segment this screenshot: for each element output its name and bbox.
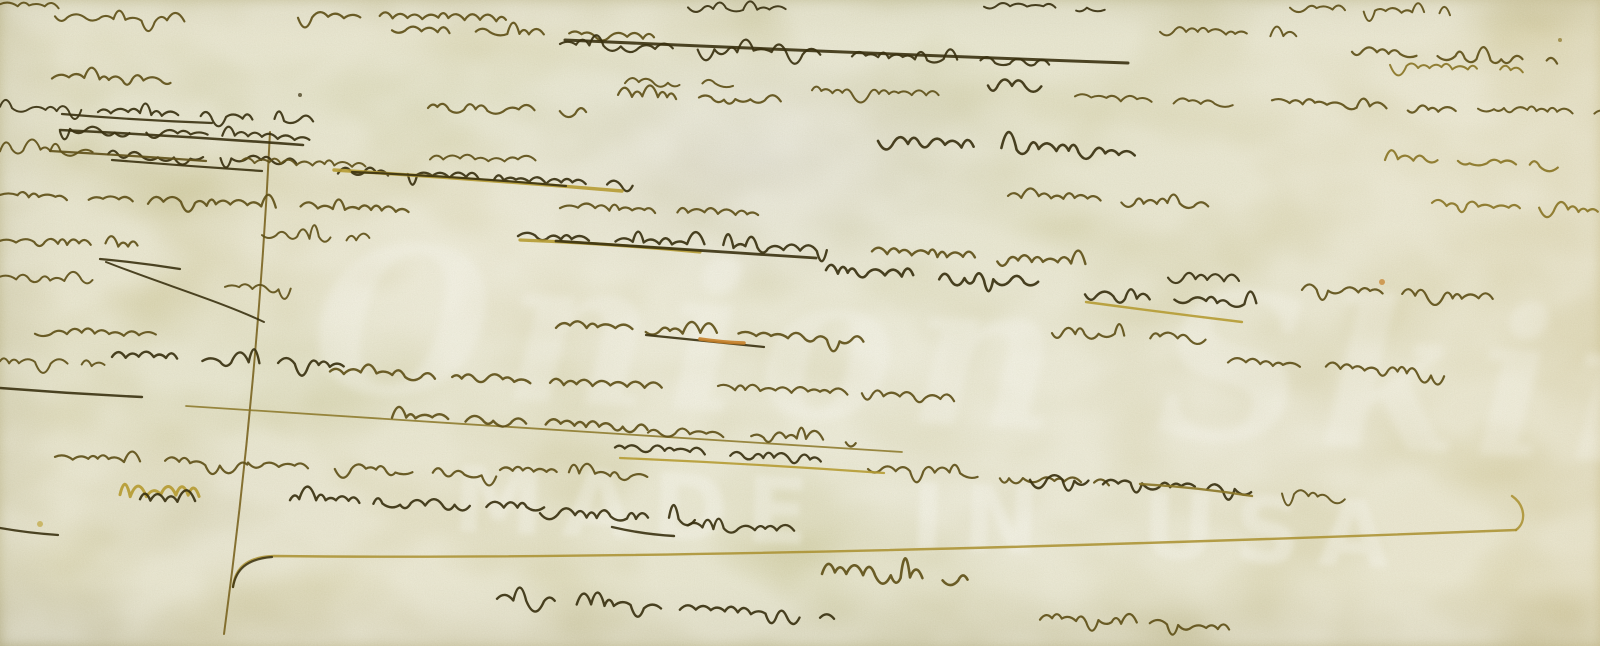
manuscript-photo: Onion Skin MADE IN USA [0, 0, 1600, 646]
ink-layer [0, 0, 1600, 646]
ink-speck [37, 521, 43, 527]
ink-speck [1379, 279, 1385, 285]
ink-speck [298, 93, 302, 97]
paper-grain-light [0, 0, 1600, 646]
ink-speck [1558, 38, 1562, 42]
